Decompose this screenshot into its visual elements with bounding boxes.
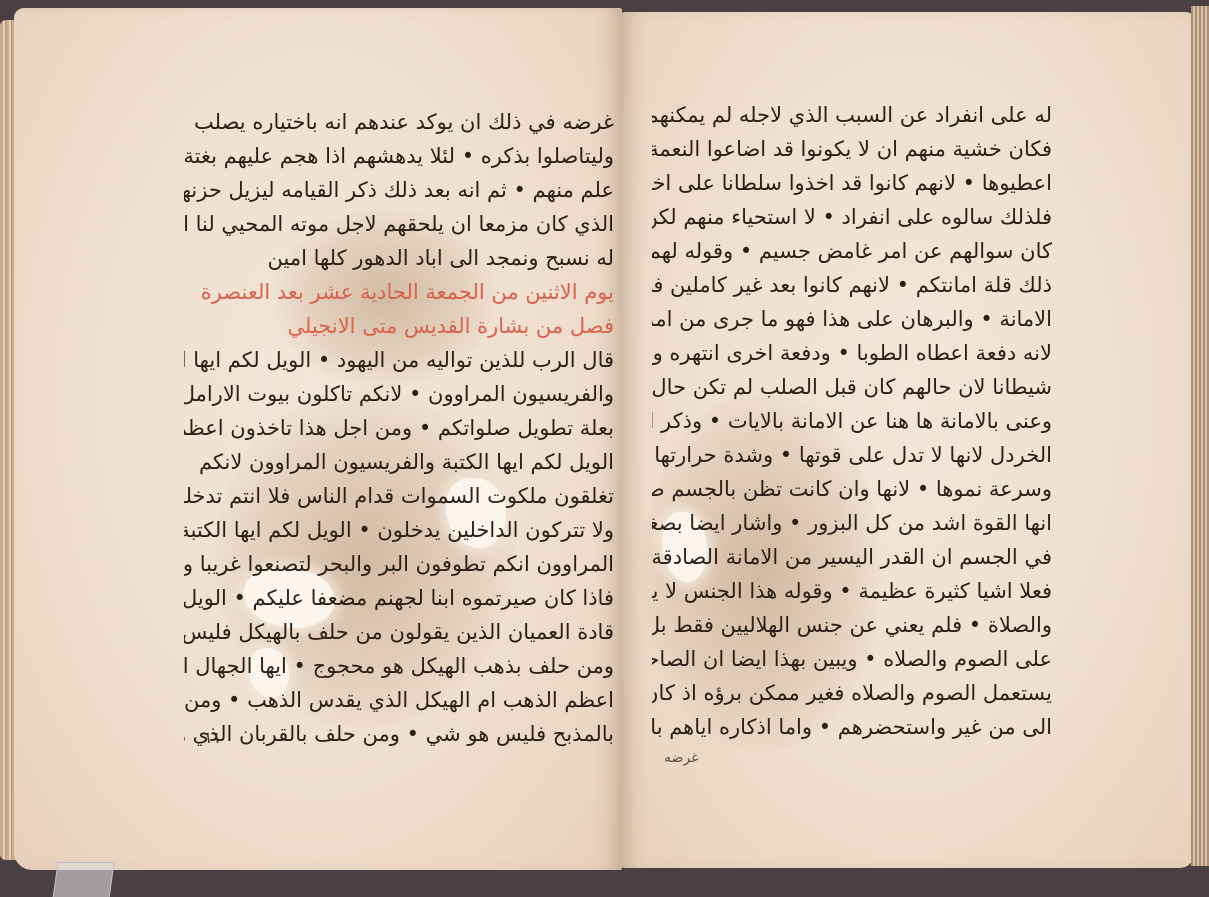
text-line: انها القوة اشد من كل البزور • واشار ايضا… (652, 506, 1052, 540)
page-edges-right (1191, 6, 1209, 866)
left-text-block: غرضه في ذلك ان يوكد عندهم انه باختياره ي… (184, 105, 614, 751)
folio-number: ٦٦ (202, 728, 219, 747)
text-line: له على انفراد عن السبب الذي لاجله لم يمك… (652, 98, 1052, 132)
text-line: يستعمل الصوم والصلاه فغير ممكن برؤه اذ ك… (652, 676, 1052, 710)
text-line: والصلاة • فلم يعني عن جنس الهلاليين فقط … (652, 608, 1052, 642)
text-line: الخردل لانها لا تدل على قوتها • وشدة حرا… (652, 438, 1052, 472)
text-line: قادة العميان الذين يقولون من حلف بالهيكل… (184, 615, 614, 649)
text-line: كان سوالهم عن امر غامض جسيم • وقوله لهم … (652, 234, 1052, 268)
text-line: فاذا كان صيرتموه ابنا لجهنم مضعفا عليكم … (184, 581, 614, 615)
page-clip (52, 862, 114, 897)
rubric-heading: يوم الاثنين من الجمعة الحادية عشر بعد ال… (184, 275, 614, 309)
text-line: فكان خشية منهم ان لا يكونوا قد اضاعوا ال… (652, 132, 1052, 166)
right-page: له على انفراد عن السبب الذي لاجله لم يمك… (622, 12, 1194, 868)
text-line: في الجسم ان القدر اليسير من الامانة الصا… (652, 540, 1052, 574)
catchword: غرضه (664, 750, 698, 766)
text-line: لانه دفعة اعطاه الطوبا • ودفعة اخرى انته… (652, 336, 1052, 370)
text-line: اعظم الذهب ام الهيكل الذي يقدس الذهب • و… (184, 683, 614, 717)
text-line: بعلة تطويل صلواتكم • ومن اجل هذا تاخذون … (184, 411, 614, 445)
text-line: وعنى بالامانة ها هنا عن الامانة بالايات … (652, 404, 1052, 438)
text-line: الذي كان مزمعا ان يلحقهم لاجل موته المحي… (184, 207, 614, 241)
text-line: على الصوم والصلاه • ويبين بهذا ايضا ان ا… (652, 642, 1052, 676)
text-line: له نسبح ونمجد الى اباد الدهور كلها امين (184, 241, 614, 275)
text-line: الويل لكم ايها الكتبة والفريسيون المراوو… (184, 445, 614, 479)
left-page: غرضه في ذلك ان يوكد عندهم انه باختياره ي… (14, 8, 622, 870)
text-line: ولا تتركون الداخلين يدخلون • الويل لكم ا… (184, 513, 614, 547)
text-line: غرضه في ذلك ان يوكد عندهم انه باختياره ي… (184, 105, 614, 139)
text-line: والفريسيون المراوون • لانكم تاكلون بيوت … (184, 377, 614, 411)
text-line: قال الرب للذين تواليه من اليهود • الويل … (184, 343, 614, 377)
text-line: بالمذبح فليس هو شي • ومن حلف بالقربان ال… (184, 717, 614, 751)
text-line: وليتاصلوا بذكره • لئلا يدهشهم اذا هجم عل… (184, 139, 614, 173)
text-line: اعطيوها • لانهم كانوا قد اخذوا سلطانا عل… (652, 166, 1052, 200)
rubric-heading: فصل من بشارة القديس متى الانجيلي (184, 309, 614, 343)
text-line: شيطانا لان حالهم كان قبل الصلب لم تكن حا… (652, 370, 1052, 404)
right-text-block: له على انفراد عن السبب الذي لاجله لم يمك… (652, 98, 1052, 744)
text-line: فعلا اشيا كثيرة عظيمة • وقوله هذا الجنس … (652, 574, 1052, 608)
text-line: المراوون انكم تطوفون البر والبحر لتصنعوا… (184, 547, 614, 581)
text-line: علم منهم • ثم انه بعد ذلك ذكر القيامه لي… (184, 173, 614, 207)
text-line: وسرعة نموها • لانها وان كانت تظن بالجسم … (652, 472, 1052, 506)
text-line: تغلقون ملكوت السموات قدام الناس فلا انتم… (184, 479, 614, 513)
open-manuscript: غرضه في ذلك ان يوكد عندهم انه باختياره ي… (0, 0, 1209, 897)
text-line: ذلك قلة امانتكم • لانهم كانوا بعد غير كا… (652, 268, 1052, 302)
text-line: الى من غير واستحضرهم • واما اذكاره اياهم… (652, 710, 1052, 744)
text-line: ومن حلف بذهب الهيكل هو محجوج • ايها الجه… (184, 649, 614, 683)
text-line: فلذلك سالوه على انفراد • لا استحياء منهم… (652, 200, 1052, 234)
text-line: الامانة • والبرهان على هذا فهو ما جرى من… (652, 302, 1052, 336)
